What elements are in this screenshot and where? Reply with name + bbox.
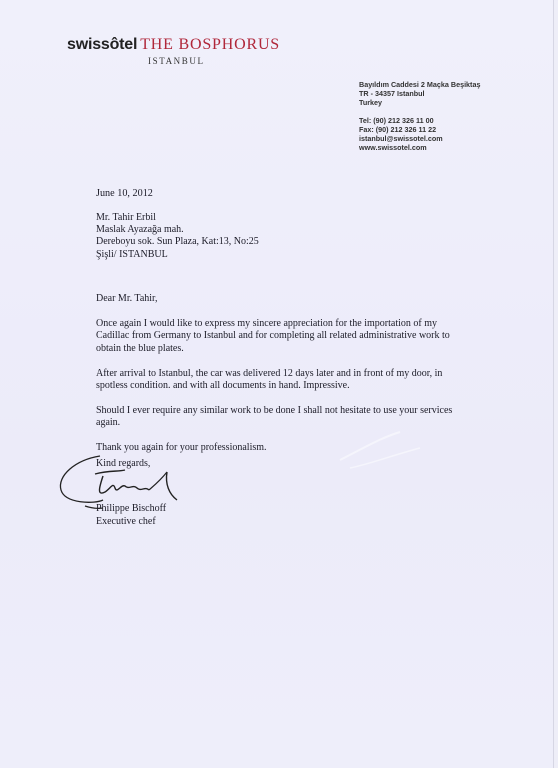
- address-line: TR - 34357 Istanbul: [359, 89, 480, 98]
- signer-name: Philippe Bischoff: [96, 503, 166, 516]
- recipient-address: Mr. Tahir Erbil Maslak Ayazağa mah. Dere…: [96, 212, 259, 261]
- recipient-line: Mr. Tahir Erbil: [96, 212, 259, 224]
- email-line: istanbul@swissotel.com: [359, 134, 480, 143]
- brand-name: swissôtel: [67, 36, 137, 53]
- signer-title: Executive chef: [96, 516, 166, 529]
- logo-city: ISTANBUL: [148, 56, 205, 66]
- website-line: www.swissotel.com: [359, 143, 480, 152]
- body-paragraph: Once again I would like to express my si…: [96, 318, 466, 355]
- hotel-logo: swissôtelTHE BOSPHORUS: [67, 36, 280, 54]
- recipient-line: Dereboyu sok. Sun Plaza, Kat:13, No:25: [96, 236, 259, 248]
- salutation: Dear Mr. Tahir,: [96, 293, 157, 304]
- letter-date: June 10, 2012: [96, 188, 153, 199]
- paper-crease: [330, 420, 440, 480]
- body-paragraph: After arrival to Istanbul, the car was d…: [96, 368, 466, 393]
- hotel-name: THE BOSPHORUS: [140, 36, 280, 53]
- hotel-address-block: Bayıldım Caddesi 2 Maçka Beşiktaş TR - 3…: [359, 80, 480, 152]
- address-line: Turkey: [359, 98, 480, 107]
- letter-page: swissôtelTHE BOSPHORUS ISTANBUL Bayıldım…: [0, 0, 554, 768]
- recipient-line: Maslak Ayazağa mah.: [96, 224, 259, 236]
- recipient-line: Şişli/ ISTANBUL: [96, 249, 259, 261]
- phone-line: Tel: (90) 212 326 11 00: [359, 116, 480, 125]
- fax-line: Fax: (90) 212 326 11 22: [359, 125, 480, 134]
- address-line: Bayıldım Caddesi 2 Maçka Beşiktaş: [359, 80, 480, 89]
- signer-block: Philippe Bischoff Executive chef: [96, 503, 166, 528]
